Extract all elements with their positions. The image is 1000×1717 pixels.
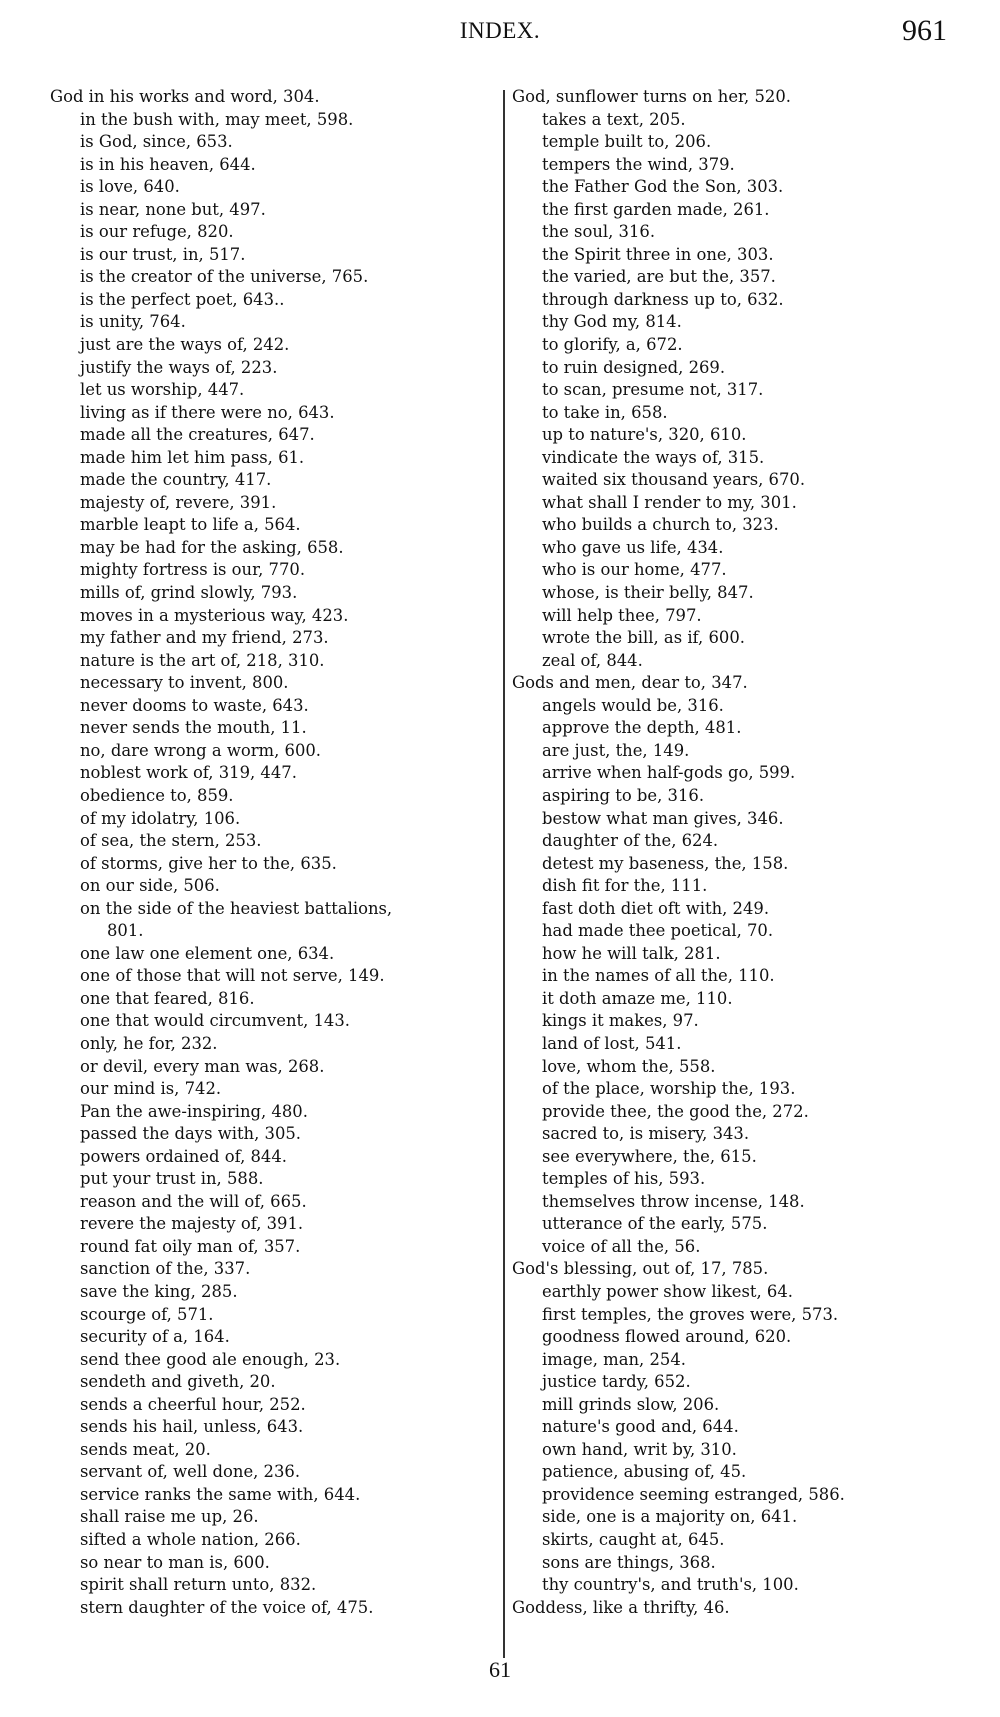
- index-subentry: approve the depth, 481.: [512, 717, 952, 740]
- index-subentry: thy God my, 814.: [512, 311, 952, 334]
- index-heading-entry: God in his works and word, 304.: [50, 86, 490, 109]
- index-subentry: earthly power show likest, 64.: [512, 1281, 952, 1304]
- index-subentry: is love, 640.: [50, 176, 490, 199]
- index-subentry: nature is the art of, 218, 310.: [50, 650, 490, 673]
- index-subentry: Pan the awe-inspiring, 480.: [50, 1101, 490, 1124]
- column-divider: [503, 90, 505, 1658]
- index-subentry: zeal of, 844.: [512, 650, 952, 673]
- index-subentry: up to nature's, 320, 610.: [512, 424, 952, 447]
- index-subentry: waited six thousand years, 670.: [512, 469, 952, 492]
- index-subentry: detest my baseness, the, 158.: [512, 853, 952, 876]
- index-subentry: no, dare wrong a worm, 600.: [50, 740, 490, 763]
- index-subentry: to take in, 658.: [512, 402, 952, 425]
- index-subentry: see everywhere, the, 615.: [512, 1146, 952, 1169]
- index-subentry: themselves throw incense, 148.: [512, 1191, 952, 1214]
- index-subentry: the varied, are but the, 357.: [512, 266, 952, 289]
- index-subentry: through darkness up to, 632.: [512, 289, 952, 312]
- index-heading-entry: Goddess, like a thrifty, 46.: [512, 1597, 952, 1620]
- index-subentry: so near to man is, 600.: [50, 1552, 490, 1575]
- index-subentry: on the side of the heaviest battalions,: [50, 898, 490, 921]
- index-subentry: patience, abusing of, 45.: [512, 1461, 952, 1484]
- index-subentry: on our side, 506.: [50, 875, 490, 898]
- index-subentry: temple built to, 206.: [512, 131, 952, 154]
- index-subentry: moves in a mysterious way, 423.: [50, 605, 490, 628]
- index-subentry: my father and my friend, 273.: [50, 627, 490, 650]
- index-subentry: justify the ways of, 223.: [50, 357, 490, 380]
- index-subentry: of the place, worship the, 193.: [512, 1078, 952, 1101]
- index-subentry: vindicate the ways of, 315.: [512, 447, 952, 470]
- index-subentry: shall raise me up, 26.: [50, 1506, 490, 1529]
- index-subentry: provide thee, the good the, 272.: [512, 1101, 952, 1124]
- index-subentry: is God, since, 653.: [50, 131, 490, 154]
- index-subentry: sifted a whole nation, 266.: [50, 1529, 490, 1552]
- index-subentry: takes a text, 205.: [512, 109, 952, 132]
- index-subentry: to ruin designed, 269.: [512, 357, 952, 380]
- index-subentry: the Spirit three in one, 303.: [512, 244, 952, 267]
- index-subentry: image, man, 254.: [512, 1349, 952, 1372]
- index-subentry: it doth amaze me, 110.: [512, 988, 952, 1011]
- index-subentry: of sea, the stern, 253.: [50, 830, 490, 853]
- index-subentry: utterance of the early, 575.: [512, 1213, 952, 1236]
- index-subentry: noblest work of, 319, 447.: [50, 762, 490, 785]
- index-heading-entry: Gods and men, dear to, 347.: [512, 672, 952, 695]
- running-header-title: INDEX.: [0, 18, 1000, 44]
- index-subentry: providence seeming estranged, 586.: [512, 1484, 952, 1507]
- index-subentry: obedience to, 859.: [50, 785, 490, 808]
- index-subentry: skirts, caught at, 645.: [512, 1529, 952, 1552]
- index-subentry: just are the ways of, 242.: [50, 334, 490, 357]
- index-subentry: daughter of the, 624.: [512, 830, 952, 853]
- index-heading-entry: God's blessing, out of, 17, 785.: [512, 1258, 952, 1281]
- index-subentry: mills of, grind slowly, 793.: [50, 582, 490, 605]
- index-subentry: may be had for the asking, 658.: [50, 537, 490, 560]
- index-subentry: whose, is their belly, 847.: [512, 582, 952, 605]
- index-subentry: sends a cheerful hour, 252.: [50, 1394, 490, 1417]
- index-subentry: scourge of, 571.: [50, 1304, 490, 1327]
- index-subentry: one that would circumvent, 143.: [50, 1010, 490, 1033]
- index-subentry: aspiring to be, 316.: [512, 785, 952, 808]
- index-subentry: had made thee poetical, 70.: [512, 920, 952, 943]
- index-subentry: what shall I render to my, 301.: [512, 492, 952, 515]
- index-subentry: sendeth and giveth, 20.: [50, 1371, 490, 1394]
- index-subentry: let us worship, 447.: [50, 379, 490, 402]
- index-column-left: God in his works and word, 304.in the bu…: [50, 86, 490, 1619]
- index-subentry: is near, none but, 497.: [50, 199, 490, 222]
- index-subentry: mighty fortress is our, 770.: [50, 559, 490, 582]
- index-heading-entry: God, sunflower turns on her, 520.: [512, 86, 952, 109]
- index-subentry: round fat oily man of, 357.: [50, 1236, 490, 1259]
- index-subentry: justice tardy, 652.: [512, 1371, 952, 1394]
- index-subentry: save the king, 285.: [50, 1281, 490, 1304]
- index-subentry: is in his heaven, 644.: [50, 154, 490, 177]
- index-subentry: necessary to invent, 800.: [50, 672, 490, 695]
- index-subentry: is our refuge, 820.: [50, 221, 490, 244]
- index-subentry: of storms, give her to the, 635.: [50, 853, 490, 876]
- index-subentry: tempers the wind, 379.: [512, 154, 952, 177]
- index-subentry: security of a, 164.: [50, 1326, 490, 1349]
- index-subentry: thy country's, and truth's, 100.: [512, 1574, 952, 1597]
- index-subentry: living as if there were no, 643.: [50, 402, 490, 425]
- index-subentry: will help thee, 797.: [512, 605, 952, 628]
- index-subentry: powers ordained of, 844.: [50, 1146, 490, 1169]
- index-subentry: nature's good and, 644.: [512, 1416, 952, 1439]
- index-subentry: land of lost, 541.: [512, 1033, 952, 1056]
- index-subentry: mill grinds slow, 206.: [512, 1394, 952, 1417]
- page-number: 961: [902, 14, 947, 48]
- index-subentry: the soul, 316.: [512, 221, 952, 244]
- index-subentry: one law one element one, 634.: [50, 943, 490, 966]
- index-subentry: sacred to, is misery, 343.: [512, 1123, 952, 1146]
- index-subentry: one of those that will not serve, 149.: [50, 965, 490, 988]
- index-subentry: kings it makes, 97.: [512, 1010, 952, 1033]
- index-subentry: the Father God the Son, 303.: [512, 176, 952, 199]
- index-subentry: own hand, writ by, 310.: [512, 1439, 952, 1462]
- index-subentry: only, he for, 232.: [50, 1033, 490, 1056]
- index-subentry: is the creator of the universe, 765.: [50, 266, 490, 289]
- index-subentry: our mind is, 742.: [50, 1078, 490, 1101]
- index-subentry: how he will talk, 281.: [512, 943, 952, 966]
- index-subentry: the first garden made, 261.: [512, 199, 952, 222]
- index-column-right: God, sunflower turns on her, 520.takes a…: [512, 86, 952, 1619]
- index-subentry: is unity, 764.: [50, 311, 490, 334]
- index-subentry: send thee good ale enough, 23.: [50, 1349, 490, 1372]
- index-subentry: made all the creatures, 647.: [50, 424, 490, 447]
- index-subentry: goodness flowed around, 620.: [512, 1326, 952, 1349]
- index-subentry: or devil, every man was, 268.: [50, 1056, 490, 1079]
- index-subentry: dish fit for the, 111.: [512, 875, 952, 898]
- index-subentry: sons are things, 368.: [512, 1552, 952, 1575]
- index-subentry: angels would be, 316.: [512, 695, 952, 718]
- index-entry-continuation: 801.: [50, 920, 490, 943]
- index-subentry: are just, the, 149.: [512, 740, 952, 763]
- index-subentry: revere the majesty of, 391.: [50, 1213, 490, 1236]
- index-subentry: bestow what man gives, 346.: [512, 808, 952, 831]
- signature-mark: 61: [0, 1657, 1000, 1683]
- index-subentry: fast doth diet oft with, 249.: [512, 898, 952, 921]
- index-subentry: marble leapt to life a, 564.: [50, 514, 490, 537]
- index-subentry: to scan, presume not, 317.: [512, 379, 952, 402]
- index-subentry: is the perfect poet, 643..: [50, 289, 490, 312]
- index-subentry: never dooms to waste, 643.: [50, 695, 490, 718]
- index-subentry: reason and the will of, 665.: [50, 1191, 490, 1214]
- index-subentry: made him let him pass, 61.: [50, 447, 490, 470]
- index-subentry: put your trust in, 588.: [50, 1168, 490, 1191]
- index-subentry: spirit shall return unto, 832.: [50, 1574, 490, 1597]
- index-subentry: is our trust, in, 517.: [50, 244, 490, 267]
- index-subentry: to glorify, a, 672.: [512, 334, 952, 357]
- index-subentry: sends meat, 20.: [50, 1439, 490, 1462]
- index-subentry: voice of all the, 56.: [512, 1236, 952, 1259]
- index-subentry: sends his hail, unless, 643.: [50, 1416, 490, 1439]
- index-subentry: made the country, 417.: [50, 469, 490, 492]
- index-subentry: in the names of all the, 110.: [512, 965, 952, 988]
- index-subentry: service ranks the same with, 644.: [50, 1484, 490, 1507]
- index-subentry: servant of, well done, 236.: [50, 1461, 490, 1484]
- index-subentry: love, whom the, 558.: [512, 1056, 952, 1079]
- index-subentry: side, one is a majority on, 641.: [512, 1506, 952, 1529]
- index-subentry: sanction of the, 337.: [50, 1258, 490, 1281]
- index-subentry: of my idolatry, 106.: [50, 808, 490, 831]
- index-subentry: majesty of, revere, 391.: [50, 492, 490, 515]
- index-subentry: passed the days with, 305.: [50, 1123, 490, 1146]
- index-subentry: arrive when half-gods go, 599.: [512, 762, 952, 785]
- index-subentry: stern daughter of the voice of, 475.: [50, 1597, 490, 1620]
- index-subentry: wrote the bill, as if, 600.: [512, 627, 952, 650]
- index-subentry: temples of his, 593.: [512, 1168, 952, 1191]
- index-subentry: never sends the mouth, 11.: [50, 717, 490, 740]
- index-subentry: who gave us life, 434.: [512, 537, 952, 560]
- index-subentry: one that feared, 816.: [50, 988, 490, 1011]
- index-subentry: first temples, the groves were, 573.: [512, 1304, 952, 1327]
- index-subentry: who builds a church to, 323.: [512, 514, 952, 537]
- index-subentry: who is our home, 477.: [512, 559, 952, 582]
- index-subentry: in the bush with, may meet, 598.: [50, 109, 490, 132]
